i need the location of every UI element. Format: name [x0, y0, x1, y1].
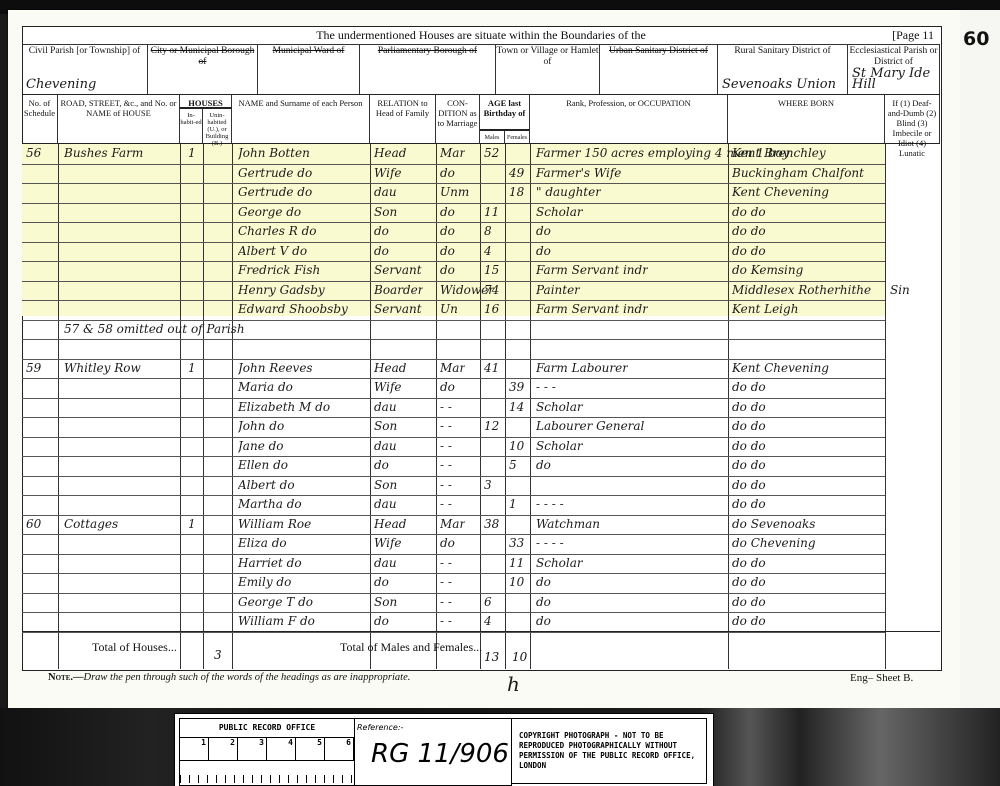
cell-occupation: do: [536, 456, 551, 475]
cell-condition: Unm: [440, 183, 469, 202]
header-where_born: WHERE BORN: [728, 94, 885, 144]
page-label: [Page 11: [892, 26, 934, 44]
cell-condition: do: [440, 164, 455, 183]
table-row: Albert V dododo4dodo do: [22, 242, 885, 263]
division-label: Town or Village or Hamlet of: [496, 46, 599, 68]
table-row: Elizabeth M dodau- -14Scholardo do: [22, 398, 885, 419]
cell-occupation: Scholar: [536, 554, 583, 573]
header-relation: RELATION to Head of Family: [370, 94, 436, 144]
table-row: George doSondo11Scholardo do: [22, 203, 885, 224]
header-group-age: AGE last Birthday of: [480, 94, 530, 130]
cell-name: Martha do: [238, 495, 302, 514]
cell-where-born: do Chevening: [732, 534, 816, 553]
division-5: Urban Sanitary District of: [600, 44, 718, 94]
cell-female-age: 5: [509, 456, 517, 475]
header-condition: CON-DITION as to Marriage: [436, 94, 480, 144]
division-label: City or Municipal Borough of: [148, 46, 257, 68]
cell-where-born: Kent Leigh: [732, 300, 798, 319]
cell-where-born: do do: [732, 222, 766, 241]
cell-road: Cottages: [64, 515, 118, 534]
cell-name: Ellen do: [238, 456, 288, 475]
table-row: Maria doWifedo39- - -do do: [22, 378, 885, 399]
cell-road: Bushes Farm: [64, 144, 143, 163]
table-row: John doSon- -12Labourer Generaldo do: [22, 417, 885, 438]
note-prefix: Note.—: [48, 672, 84, 683]
cell-occupation: do: [536, 612, 551, 631]
cell-inhabited: 1: [188, 515, 196, 534]
cell-relation: Son: [374, 476, 397, 495]
houses-total-label: Total of Houses...: [92, 640, 177, 655]
scale-ticks: [180, 761, 354, 783]
sheet-label: Eng– Sheet B.: [850, 672, 913, 684]
header-males: Males: [480, 130, 505, 144]
title-text: The undermentioned Houses are situate wi…: [316, 28, 646, 42]
column-rule: [885, 144, 886, 669]
cell-male-age: 4: [484, 612, 492, 631]
note-text: Draw the pen through such of the words o…: [84, 672, 411, 683]
cell-where-born: do do: [732, 593, 766, 612]
cell-where-born: do do: [732, 242, 766, 261]
header-road: ROAD, STREET, &c., and No. or NAME of HO…: [58, 94, 180, 144]
cell-male-age: 12: [484, 417, 499, 436]
table-row: George T doSon- -6dodo do: [22, 593, 885, 614]
cell-relation: Servant: [374, 261, 422, 280]
table-row: 60Cottages1William RoeHeadMar38Watchmand…: [22, 515, 885, 536]
division-label: Municipal Ward of: [258, 46, 359, 57]
reference-box: Reference:- RG 11/906: [353, 718, 512, 786]
cell-name: George T do: [238, 593, 313, 612]
cell-where-born: do do: [732, 398, 766, 417]
table-row: 59Whitley Row1John ReevesHeadMar41Farm L…: [22, 359, 885, 380]
cell-name: Emily do: [238, 573, 291, 592]
margin-mark: h: [507, 672, 520, 696]
cell-condition: - -: [440, 593, 452, 612]
cell-relation: Boarder: [374, 281, 423, 300]
cell-where-born: do do: [732, 573, 766, 592]
cell-female-age: 49: [509, 164, 524, 183]
males-total: 13: [484, 650, 499, 664]
cell-female-age: 33: [509, 534, 524, 553]
scale-number: 1: [180, 738, 209, 760]
cell-condition: - -: [440, 554, 452, 573]
division-1: City or Municipal Borough of: [148, 44, 258, 94]
cell-female-age: 39: [509, 378, 524, 397]
division-label: Urban Sanitary District of: [600, 46, 717, 57]
header-uninhabited: Unin-habited (U.), or Building (B.): [203, 108, 232, 144]
table-row: Albert doSon- -3do do: [22, 476, 885, 497]
cell-condition: - -: [440, 398, 452, 417]
cell-occupation: do: [536, 222, 551, 241]
cell-condition: - -: [440, 456, 452, 475]
cell-where-born: Buckingham Chalfont: [732, 164, 864, 183]
header-name: NAME and Surname of each Person: [232, 94, 370, 144]
cell-where-born: do do: [732, 476, 766, 495]
cell-name: Edward Shoobsby: [238, 300, 348, 319]
cell-female-age: 10: [509, 437, 524, 456]
header-females: Females: [505, 130, 530, 144]
table-row: Charles R dododo8dodo do: [22, 222, 885, 243]
division-value: Chevening: [26, 79, 96, 90]
cell-occupation: Scholar: [536, 203, 583, 222]
table-row: Ellen dodo- -5dodo do: [22, 456, 885, 477]
cell-male-age: 3: [484, 476, 492, 495]
cell-relation: do: [374, 222, 389, 241]
cell-male-age: 52: [484, 144, 499, 163]
females-total: 10: [512, 650, 527, 664]
cell-condition: - -: [440, 573, 452, 592]
cell-occupation: Scholar: [536, 398, 583, 417]
header-infirmity: If (1) Deaf-and-Dumb (2) Blind (3) Imbec…: [885, 94, 940, 144]
header-inhabited: In-habit-ed: [180, 108, 203, 144]
cell-where-born: do Sevenoaks: [732, 515, 815, 534]
cell-name: John Reeves: [238, 359, 313, 378]
cell-schedule: 59: [26, 359, 41, 378]
cell-occupation: Scholar: [536, 437, 583, 456]
cell-condition: Mar: [440, 144, 465, 163]
cell-occupation: Farm Servant indr: [536, 300, 648, 319]
cell-male-age: 38: [484, 515, 499, 534]
cell-female-age: 11: [509, 554, 524, 573]
division-label: Parliamentary Borough of: [360, 46, 495, 57]
cell-relation: Servant: [374, 300, 422, 319]
cell-male-age: 74: [484, 281, 499, 300]
cell-occupation: - - -: [536, 378, 556, 397]
division-3: Parliamentary Borough of: [360, 44, 496, 94]
division-value: St Mary Ide Hill: [852, 68, 939, 90]
stamped-page-number: 60: [963, 28, 989, 50]
cell-condition: - -: [440, 476, 452, 495]
cell-condition: Mar: [440, 515, 465, 534]
header-schedule: No. of Schedule: [22, 94, 58, 144]
cell-relation: Head: [374, 359, 406, 378]
table-row: Edward ShoobsbyServantUn16Farm Servant i…: [22, 300, 885, 321]
cell-schedule: 60: [26, 515, 41, 534]
cell-condition: do: [440, 378, 455, 397]
cell-occupation: do: [536, 593, 551, 612]
cell-male-age: 16: [484, 300, 499, 319]
cell-male-age: 41: [484, 359, 499, 378]
cell-female-age: 18: [509, 183, 524, 202]
table-row: William F dodo- -4dodo do: [22, 612, 885, 633]
scale-number: 3: [238, 738, 267, 760]
table-row: [22, 339, 885, 360]
cell-occupation: do: [536, 573, 551, 592]
cell-name: Jane do: [238, 437, 284, 456]
cell-relation: Head: [374, 515, 406, 534]
cell-name: Fredrick Fish: [238, 261, 320, 280]
cell-inhabited: 1: [188, 359, 196, 378]
cell-condition: Un: [440, 300, 458, 319]
cell-occupation: Farm Servant indr: [536, 261, 648, 280]
division-value: Sevenoaks Union: [722, 79, 836, 90]
cell-where-born: do do: [732, 417, 766, 436]
cell-where-born: do do: [732, 554, 766, 573]
scale-ruler: 123456: [180, 738, 354, 761]
cell-relation: Wife: [374, 378, 402, 397]
cell-where-born: do Kemsing: [732, 261, 803, 280]
cell-relation: Wife: [374, 534, 402, 553]
scale-number: 4: [267, 738, 296, 760]
table-row: Fredrick FishServantdo15Farm Servant ind…: [22, 261, 885, 282]
cell-relation: do: [374, 456, 389, 475]
cell-relation: dau: [374, 398, 397, 417]
scale-number: 6: [325, 738, 354, 760]
division-label: Civil Parish [or Township] of: [22, 46, 147, 57]
cell-condition: - -: [440, 417, 452, 436]
totals-row: Total of Houses... 3 Total of Males and …: [22, 631, 940, 670]
cell-where-born: do do: [732, 378, 766, 397]
cell-road: 57 & 58 omitted out of Parish: [64, 320, 245, 339]
table-row: Harriet dodau- -11Scholardo do: [22, 554, 885, 575]
cell-name: Gertrude do: [238, 164, 312, 183]
division-0: Civil Parish [or Township] ofChevening: [22, 44, 148, 94]
cell-name: Maria do: [238, 378, 293, 397]
division-7: Ecclesiastical Parish or District ofSt M…: [848, 44, 940, 94]
cell-occupation: do: [536, 242, 551, 261]
cell-relation: dau: [374, 183, 397, 202]
cell-name: Henry Gadsby: [238, 281, 325, 300]
cell-where-born: do do: [732, 495, 766, 514]
cell-occupation: Farm Labourer: [536, 359, 628, 378]
cell-where-born: do do: [732, 612, 766, 631]
header-occupation: Rank, Profession, or OCCUPATION: [530, 94, 728, 144]
cell-name: John do: [238, 417, 284, 436]
reference-label: Reference:-: [353, 719, 511, 736]
cell-infirmity: Sin: [890, 281, 910, 300]
division-6: Rural Sanitary District ofSevenoaks Unio…: [718, 44, 848, 94]
table-row: Eliza doWifedo33- - - -do Chevening: [22, 534, 885, 555]
cell-where-born: do do: [732, 437, 766, 456]
persons-total-label: Total of Males and Females...: [340, 640, 482, 655]
page-edge: [960, 10, 1000, 710]
cell-female-age: 10: [509, 573, 524, 592]
houses-total-value: 3: [214, 648, 222, 662]
table-row: Henry GadsbyBoarderWidower74PainterMiddl…: [22, 281, 885, 302]
cell-name: Elizabeth M do: [238, 398, 330, 417]
cell-name: Eliza do: [238, 534, 287, 553]
scale-number: 2: [209, 738, 238, 760]
cell-name: Charles R do: [238, 222, 316, 241]
table-row: Martha dodau- -1- - - -do do: [22, 495, 885, 516]
cell-occupation: Farmer's Wife: [536, 164, 621, 183]
cell-condition: Mar: [440, 359, 465, 378]
table-row: Emily dodo- -10dodo do: [22, 573, 885, 594]
header-group-houses: HOUSES: [180, 94, 232, 108]
footnote: Note.—Draw the pen through such of the w…: [48, 672, 410, 683]
cell-relation: Head: [374, 144, 406, 163]
cell-relation: do: [374, 573, 389, 592]
cell-relation: dau: [374, 554, 397, 573]
cell-occupation: " daughter: [536, 183, 601, 202]
cell-condition: do: [440, 222, 455, 241]
cell-name: Gertrude do: [238, 183, 312, 202]
cell-condition: do: [440, 242, 455, 261]
cell-female-age: 14: [509, 398, 524, 417]
cell-name: Albert V do: [238, 242, 307, 261]
cell-relation: Son: [374, 593, 397, 612]
cell-condition: do: [440, 534, 455, 553]
cell-occupation: Labourer General: [536, 417, 644, 436]
cell-name: John Botten: [238, 144, 310, 163]
cell-condition: - -: [440, 612, 452, 631]
cell-where-born: Middlesex Rotherhithe: [732, 281, 871, 300]
scale-number: 5: [296, 738, 325, 760]
archive-label: PUBLIC RECORD OFFICE 123456 Reference:- …: [174, 713, 714, 786]
cell-occupation: - - - -: [536, 495, 564, 514]
table-row: 56Bushes Farm1John BottenHeadMar52Farmer…: [22, 144, 885, 165]
cell-where-born: do do: [732, 203, 766, 222]
cell-where-born: Kent Brenchley: [732, 144, 826, 163]
cell-where-born: Kent Chevening: [732, 183, 829, 202]
table-row: Jane dodau- -10Scholardo do: [22, 437, 885, 458]
cell-relation: dau: [374, 495, 397, 514]
table-row: 57 & 58 omitted out of Parish: [22, 320, 885, 341]
cell-male-age: 6: [484, 593, 492, 612]
cell-schedule: 56: [26, 144, 41, 163]
archive-office: PUBLIC RECORD OFFICE: [180, 719, 354, 738]
copyright-notice: COPYRIGHT PHOTOGRAPH - NOT TO BE REPRODU…: [511, 718, 707, 784]
cell-occupation: Painter: [536, 281, 580, 300]
cell-relation: dau: [374, 437, 397, 456]
cell-male-age: 15: [484, 261, 499, 280]
division-label: Rural Sanitary District of: [718, 46, 847, 57]
cell-condition: - -: [440, 437, 452, 456]
cell-male-age: 8: [484, 222, 492, 241]
cell-occupation: Watchman: [536, 515, 600, 534]
cell-relation: Son: [374, 203, 397, 222]
division-4: Town or Village or Hamlet of: [496, 44, 600, 94]
cell-female-age: 1: [509, 495, 517, 514]
cell-condition: do: [440, 261, 455, 280]
cell-name: George do: [238, 203, 301, 222]
division-2: Municipal Ward of: [258, 44, 360, 94]
cell-relation: Wife: [374, 164, 402, 183]
cell-occupation: - - - -: [536, 534, 564, 553]
cell-inhabited: 1: [188, 144, 196, 163]
cell-name: Albert do: [238, 476, 295, 495]
division-label: Ecclesiastical Parish or District of: [848, 46, 939, 68]
archive-office-box: PUBLIC RECORD OFFICE 123456: [179, 718, 355, 786]
page-title: The undermentioned Houses are situate wi…: [22, 26, 940, 45]
table-row: Gertrude doWifedo49Farmer's WifeBuckingh…: [22, 164, 885, 185]
cell-name: William Roe: [238, 515, 311, 534]
cell-relation: do: [374, 242, 389, 261]
cell-male-age: 4: [484, 242, 492, 261]
cell-road: Whitley Row: [64, 359, 141, 378]
cell-condition: do: [440, 203, 455, 222]
cell-name: William F do: [238, 612, 315, 631]
cell-name: Harriet do: [238, 554, 302, 573]
cell-where-born: Kent Chevening: [732, 359, 829, 378]
cell-relation: do: [374, 612, 389, 631]
reference-number: RG 11/906: [371, 739, 509, 769]
cell-where-born: do do: [732, 456, 766, 475]
cell-condition: - -: [440, 495, 452, 514]
cell-male-age: 11: [484, 203, 499, 222]
cell-relation: Son: [374, 417, 397, 436]
table-row: Gertrude dodauUnm18" daughterKent Cheven…: [22, 183, 885, 204]
